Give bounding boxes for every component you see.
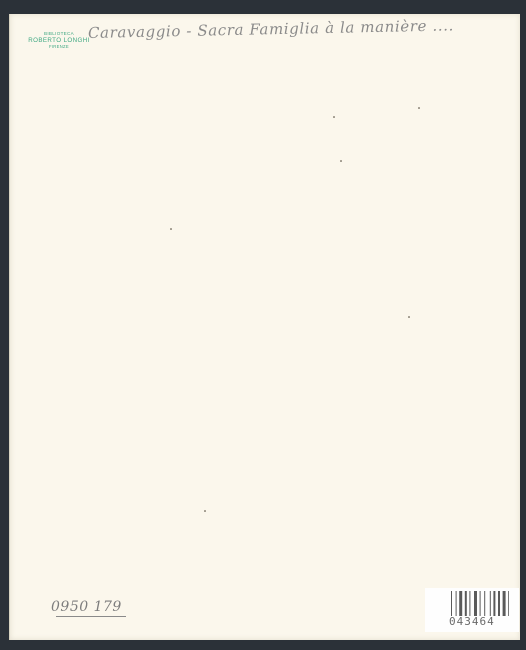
inventory-number: 0950 179 xyxy=(51,599,122,615)
barcode-icon xyxy=(451,591,509,616)
barcode-label: 043464 xyxy=(425,588,519,632)
paper-speck xyxy=(340,160,342,162)
paper-speck xyxy=(333,116,335,118)
barcode-digits: 043464 xyxy=(449,615,495,628)
paper-speck xyxy=(418,107,420,109)
stamp-line-2: ROBERTO LONGHI xyxy=(23,37,95,45)
library-stamp: BIBLIOTECA ROBERTO LONGHI FIRENZE xyxy=(23,31,95,50)
document-sheet: BIBLIOTECA ROBERTO LONGHI FIRENZE Carava… xyxy=(9,14,520,640)
handwritten-title: Caravaggio - Sacra Famiglia à la manière… xyxy=(88,16,454,42)
paper-speck xyxy=(204,510,206,512)
paper-speck xyxy=(408,316,410,318)
paper-speck xyxy=(170,228,172,230)
inventory-underline xyxy=(56,616,126,617)
stamp-line-3: FIRENZE xyxy=(23,44,95,49)
